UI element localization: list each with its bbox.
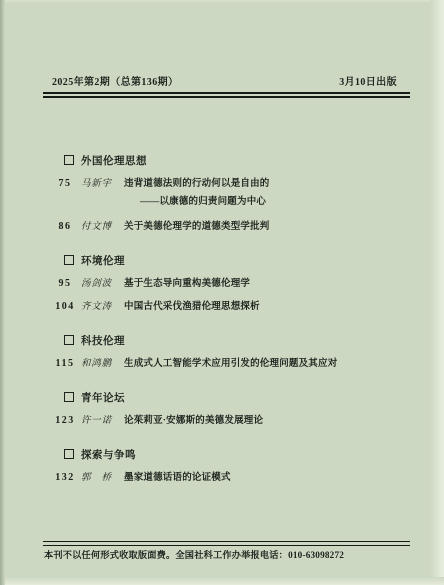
article-title: 基于生态导向重构美德伦理学 xyxy=(124,277,250,291)
section-title: 环境伦理 xyxy=(81,253,125,268)
publish-date: 3月10日出版 xyxy=(339,77,397,89)
article-page-number: 132 xyxy=(52,471,78,485)
section-header: 探索与争鸣 xyxy=(0,447,444,461)
article-row: 123许一诺论茱莉亚·安娜斯的美德发展理论 xyxy=(0,414,444,428)
section-square-marker-icon xyxy=(64,335,74,345)
article-title: 墨家道德话语的论证模式 xyxy=(124,471,231,485)
article-author: 马新宇 xyxy=(81,177,124,191)
section-square-marker-icon xyxy=(64,255,74,265)
section-header: 外国伦理思想 xyxy=(0,153,444,167)
section-title: 探索与争鸣 xyxy=(81,447,136,462)
article-page-number: 86 xyxy=(52,220,78,234)
article-row: 115和鸿鹏生成式人工智能学术应用引发的伦理问题及其应对 xyxy=(0,357,444,371)
section-title: 科技伦理 xyxy=(81,333,125,348)
section-square-marker-icon xyxy=(64,392,74,402)
article-author: 许一诺 xyxy=(81,414,124,428)
article-page-number: 104 xyxy=(52,300,78,314)
toc-section: 探索与争鸣132郭 桥墨家道德话语的论证模式 xyxy=(0,447,444,485)
article-title: 关于美德伦理学的道德类型学批判 xyxy=(124,220,270,234)
page-header: 2025年第2期（总第136期） 3月10日出版 xyxy=(52,77,397,89)
article-row: 86付文博关于美德伦理学的道德类型学批判 xyxy=(0,220,444,234)
toc-section: 青年论坛123许一诺论茱莉亚·安娜斯的美德发展理论 xyxy=(0,390,444,428)
article-page-number: 123 xyxy=(52,414,78,428)
toc: 外国伦理思想75马新宇违背道德法则的行动何以是自由的——以康德的归责问题为中心8… xyxy=(0,153,444,504)
header-double-rule xyxy=(43,92,410,98)
section-title: 外国伦理思想 xyxy=(81,153,147,168)
scan-edge-top xyxy=(0,0,444,3)
section-header: 环境伦理 xyxy=(0,253,444,267)
article-row: 95汤剑波基于生态导向重构美德伦理学 xyxy=(0,277,444,291)
toc-section: 环境伦理95汤剑波基于生态导向重构美德伦理学104齐文涛中国古代采伐渔猎伦理思想… xyxy=(0,253,444,314)
section-title: 青年论坛 xyxy=(81,390,125,405)
article-author: 齐文涛 xyxy=(81,300,124,314)
section-square-marker-icon xyxy=(64,449,74,459)
article-page-number: 95 xyxy=(52,277,78,291)
issue-info: 2025年第2期（总第136期） xyxy=(52,77,178,89)
article-author: 郭 桥 xyxy=(81,471,124,485)
scan-edge-bottom xyxy=(0,577,444,585)
journal-toc-page: 2025年第2期（总第136期） 3月10日出版 外国伦理思想75马新宇违背道德… xyxy=(0,0,444,585)
article-row: 75马新宇违背道德法则的行动何以是自由的 xyxy=(0,177,444,191)
section-header: 科技伦理 xyxy=(0,333,444,347)
article-subtitle: ——以康德的归责问题为中心 xyxy=(0,195,444,209)
toc-section: 科技伦理115和鸿鹏生成式人工智能学术应用引发的伦理问题及其应对 xyxy=(0,333,444,371)
article-title: 中国古代采伐渔猎伦理思想探析 xyxy=(124,300,260,314)
article-author: 汤剑波 xyxy=(81,277,124,291)
article-title: 违背道德法则的行动何以是自由的 xyxy=(124,177,270,191)
article-title: 论茱莉亚·安娜斯的美德发展理论 xyxy=(124,414,263,428)
article-author: 付文博 xyxy=(81,220,124,234)
article-author: 和鸿鹏 xyxy=(81,357,124,371)
toc-section: 外国伦理思想75马新宇违背道德法则的行动何以是自由的——以康德的归责问题为中心8… xyxy=(0,153,444,234)
footer-notice: 本刊不以任何形式收取版面费。全国社科工作办举报电话：010-63098272 xyxy=(44,549,424,562)
article-row: 132郭 桥墨家道德话语的论证模式 xyxy=(0,471,444,485)
article-page-number: 115 xyxy=(52,357,78,371)
section-header: 青年论坛 xyxy=(0,390,444,404)
article-page-number: 75 xyxy=(52,177,78,191)
section-square-marker-icon xyxy=(64,155,74,165)
article-title: 生成式人工智能学术应用引发的伦理问题及其应对 xyxy=(124,357,337,371)
article-row: 104齐文涛中国古代采伐渔猎伦理思想探析 xyxy=(0,300,444,314)
footer-double-rule xyxy=(43,541,410,546)
